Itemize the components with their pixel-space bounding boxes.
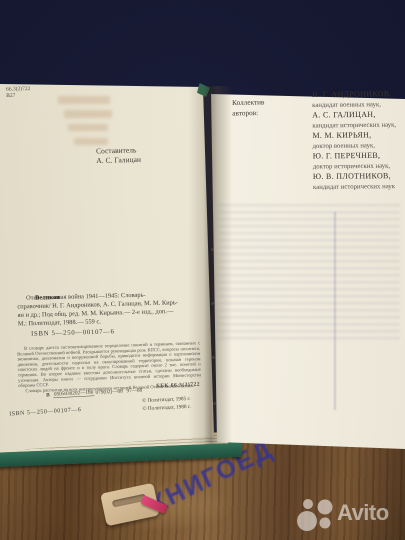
author-entry: Н. Г. АНДРОНИКОВ, кандидат военных наук, [312, 89, 405, 110]
collective-line-1: Коллектив [232, 97, 265, 108]
author-degree: кандидат исторических наук [313, 181, 405, 192]
author-name: Н. Г. АНДРОНИКОВ, [312, 89, 405, 100]
annotation-paragraph-1: В словаре дается систематизированное опр… [17, 340, 201, 388]
library-class-code: 66.3(2)722 В27 [6, 86, 31, 99]
bib-title-bold: Великая [26, 293, 60, 302]
bbk-corner-line2: В27 [6, 92, 30, 99]
authors-list: Н. Г. АНДРОНИКОВ, кандидат военных наук,… [312, 89, 405, 193]
code-prefix: В [46, 392, 50, 398]
show-through-ghost-left [54, 94, 120, 154]
bibliographic-record: Великая Отечественная война 1941—1945: С… [17, 289, 208, 338]
avito-wordmark: Avito [337, 500, 389, 526]
compiler-block: Составитель А. С. Галицан [96, 146, 141, 166]
show-through-column-line [334, 212, 336, 410]
author-degree: доктор исторических наук, [313, 160, 405, 171]
binding-stitch [213, 402, 216, 405]
author-entry: Ю. Г. ПЕРЕЧНЕВ, доктор исторических наук… [313, 150, 405, 171]
author-entry: М. М. КИРЬЯН, доктор военных наук, [312, 130, 405, 151]
author-degree: доктор военных наук, [313, 140, 405, 151]
collective-line-2: авторов: [232, 108, 265, 119]
author-entry: Ю. В. ПЛОТНИКОВ, кандидат исторических н… [313, 171, 405, 192]
collective-label: Коллектив авторов: [232, 97, 265, 119]
author-entry: А. С. ГАЛИЦАН, кандидат исторических нау… [312, 109, 405, 130]
author-degree: кандидат военных наук, [312, 99, 405, 110]
binding-stitch [211, 248, 214, 251]
avito-watermark: Avito [296, 496, 400, 534]
show-through-ghost-right [218, 204, 400, 342]
compiler-name: А. С. Галицан [96, 155, 141, 166]
avito-dots-icon [296, 496, 336, 534]
book-listing-photo: КНИГОЕД 66.3(2)722 В27 Составитель А. С.… [0, 0, 405, 540]
binding-stitch [211, 302, 214, 305]
binding-stitch [212, 356, 215, 359]
code-suffix: 97—88 [126, 387, 142, 394]
copyright-block: © Политиздат, 1985 г. © Политиздат, 1988… [142, 395, 191, 413]
author-degree: кандидат исторических наук, [312, 119, 405, 130]
code-denominator: 079(02)—88 [95, 388, 122, 395]
